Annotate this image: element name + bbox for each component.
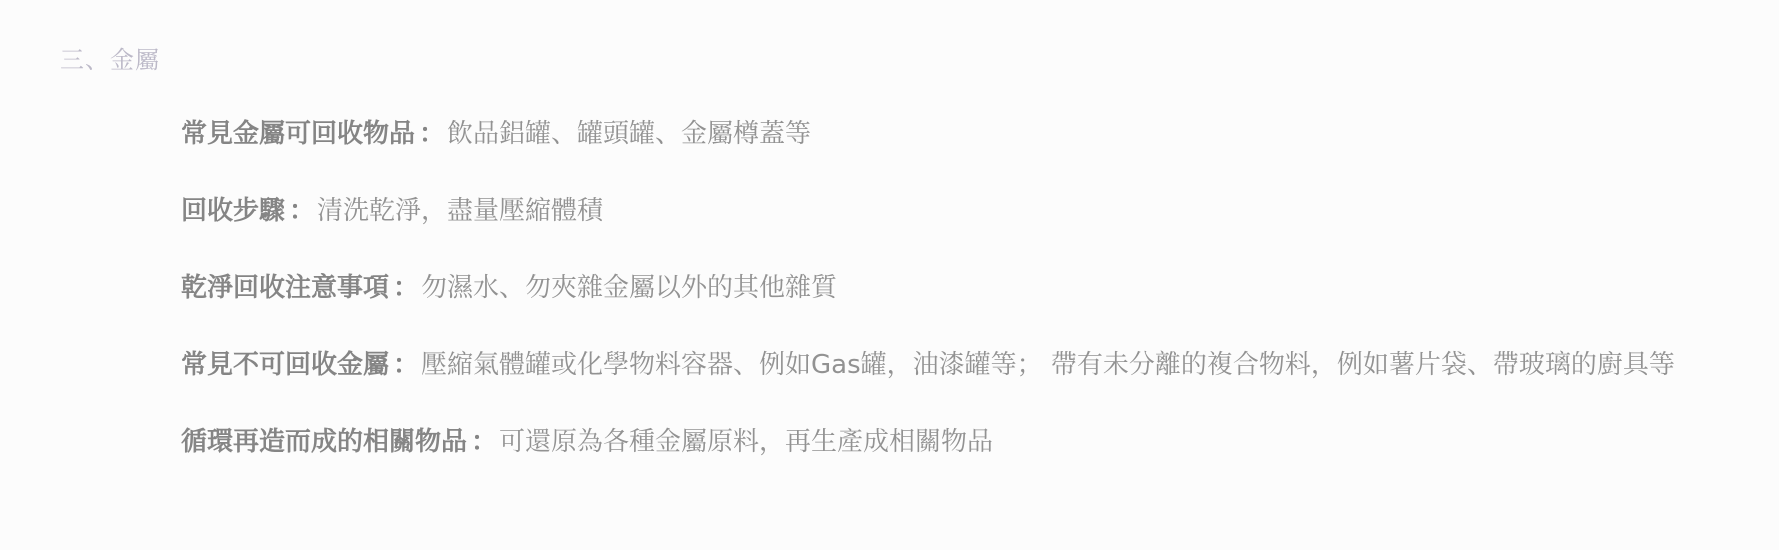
item-label: 乾淨回收注意事項 (181, 273, 389, 303)
item-value: 勿濕水、勿夾雜金屬以外的其他雜質 (421, 273, 837, 303)
item-label: 回收步驟 (181, 196, 285, 226)
section-heading: 三、金屬 (60, 44, 160, 76)
item-value: 清洗乾淨，盡量壓縮體積 (317, 196, 603, 226)
item-colon: ： (289, 196, 315, 226)
item-value: 飲品鋁罐、罐頭罐、金屬樽蓋等 (447, 119, 811, 149)
item-colon: ： (471, 427, 497, 457)
item-colon: ： (393, 350, 419, 380)
list-item-recycling-steps: 回收步驟：清洗乾淨，盡量壓縮體積 (181, 193, 1675, 270)
item-label: 常見不可回收金屬 (181, 350, 389, 380)
list-item-recyclable-items: 常見金屬可回收物品：飲品鋁罐、罐頭罐、金屬樽蓋等 (181, 116, 1675, 193)
item-colon: ： (393, 273, 419, 303)
list-item-clean-recycling-notes: 乾淨回收注意事項：勿濕水、勿夾雜金屬以外的其他雜質 (181, 270, 1675, 347)
item-colon: ： (419, 119, 445, 149)
metal-recycling-info-list: 常見金屬可回收物品：飲品鋁罐、罐頭罐、金屬樽蓋等 回收步驟：清洗乾淨，盡量壓縮體… (181, 116, 1675, 501)
item-value: 可還原為各種金屬原料，再生產成相關物品 (499, 427, 993, 457)
list-item-non-recyclable-metals: 常見不可回收金屬：壓縮氣體罐或化學物料容器、例如Gas罐，油漆罐等； 帶有未分離… (181, 347, 1675, 424)
item-label: 循環再造而成的相關物品 (181, 427, 467, 457)
list-item-recycled-products: 循環再造而成的相關物品：可還原為各種金屬原料，再生產成相關物品 (181, 424, 1675, 501)
item-value: 壓縮氣體罐或化學物料容器、例如Gas罐，油漆罐等； 帶有未分離的複合物料，例如薯… (421, 350, 1675, 380)
item-label: 常見金屬可回收物品 (181, 119, 415, 149)
